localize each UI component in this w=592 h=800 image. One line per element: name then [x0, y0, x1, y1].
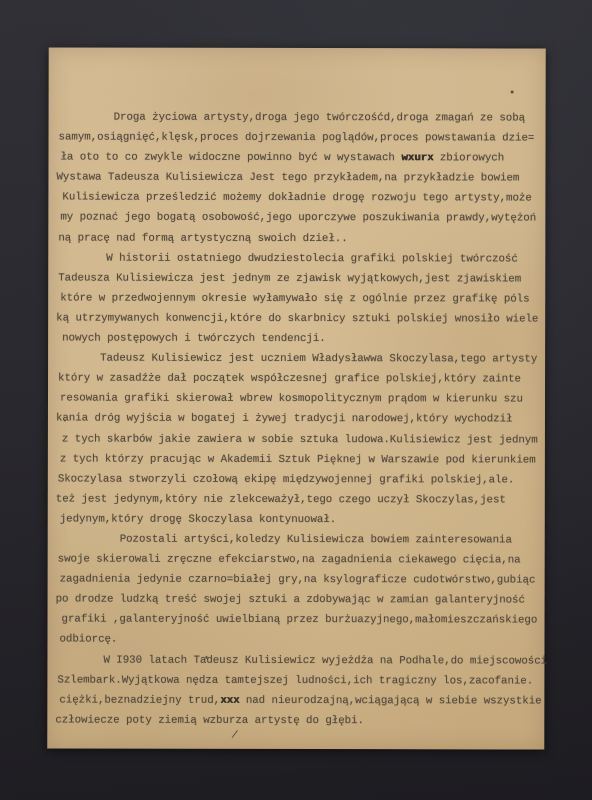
- text-line: nowych postępowych i twórczych tendencji…: [62, 329, 550, 350]
- text-line: z tych którzy pracując w Akademii Sztuk …: [60, 449, 550, 470]
- text-line: po drodze ludzką treść swojej sztuki a z…: [56, 590, 550, 611]
- overstrike-text: xxx: [220, 695, 239, 707]
- paper-speck: [511, 90, 514, 93]
- text-line: Skoczylasa stworzyli czołową ekipę międz…: [58, 469, 550, 490]
- paragraph: Pozostali artyści,koledzy Kulisiewicza b…: [57, 529, 549, 651]
- text-line: które w przedwojennym okresie wyłamywało…: [60, 288, 550, 309]
- text-line: Tadeusz Kulisiewicz jest uczniem Władysł…: [58, 349, 550, 370]
- text-line: który w zasadźże dał początek współczesn…: [58, 369, 550, 390]
- text-line: z tych skarbów jakie zawiera w sobie szt…: [62, 429, 550, 450]
- paragraph: W historii ostatniego dwudziestolecia gr…: [58, 248, 550, 349]
- text-line: ła oto to co zwykle widoczne powinno być…: [60, 148, 550, 169]
- text-line: grafiki ,galanteryjność uwielbianą przez…: [62, 610, 550, 631]
- text-line: samym,osiągnięć,klęsk,proces dojrzewania…: [59, 128, 551, 149]
- text-line: zagadnienia jedynie czarno=białej gry,na…: [60, 570, 550, 591]
- text-line: Kulisiewicza prześledzić możemy dokładni…: [62, 188, 550, 209]
- text-line: W I930 latach Tadeusz Kulisiewicz wyjeżd…: [57, 650, 549, 671]
- text-line: ną pracę nad formą artystyczną swoich dz…: [58, 228, 550, 249]
- text-line: też jest jedynym,który nie zlekceważył,t…: [56, 489, 550, 510]
- text-line: odbiorcę.: [59, 630, 549, 651]
- stray-pencil-mark: /: [230, 729, 238, 742]
- text-line: jedynym,który drogę Skoczylasa kontynuow…: [60, 509, 550, 530]
- text-line: resowania grafiki skierował wbrew kosmop…: [60, 389, 550, 410]
- text-line: Droga życiowa artysty,droga jego twórczo…: [59, 108, 551, 129]
- text-line: człowiecze poty ziemią wzburza artystę d…: [55, 710, 549, 731]
- text-line: Pozostali artyści,koledzy Kulisiewicza b…: [58, 529, 550, 550]
- text-line: kania dróg wyjścia w bogatej i żywej tra…: [56, 409, 550, 430]
- paragraph: Droga życiowa artysty,droga jego twórczo…: [58, 108, 550, 250]
- overstrike-text: wxurx: [401, 152, 433, 164]
- text-line: ką utrzymywanych konwencji,które do skar…: [56, 308, 550, 329]
- text-line: swoje skierowali zręczne efekciarstwo,na…: [58, 550, 550, 571]
- document-page: / Droga życiowa artysty,droga jego twórc…: [47, 47, 545, 749]
- paragraph: Tadeusz Kulisiewicz jest uczniem Władysł…: [58, 349, 550, 531]
- text-line: Szlembark.Wyjątkowa nędza tamtejszej lud…: [57, 670, 549, 691]
- text-line: ciężki,beznadziejny trud,xxx nad nieurod…: [59, 690, 549, 711]
- photo-backdrop: / Droga życiowa artysty,droga jego twórc…: [0, 0, 592, 800]
- paragraph: W I930 latach Tadeusz Kulisiewicz wyjeżd…: [57, 650, 549, 731]
- text-line: W historii ostatniego dwudziestolecia gr…: [58, 248, 550, 269]
- text-line: Tadeusza Kulisiewicza jest jednym ze zja…: [58, 268, 550, 289]
- text-line: Wystawa Tadeusza Kulisiewicza Jest tego …: [56, 168, 550, 189]
- text-line: my poznać jego bogatą osobowość,jego upo…: [60, 208, 550, 229]
- document-text: Droga życiowa artysty,droga jego twórczo…: [57, 108, 550, 732]
